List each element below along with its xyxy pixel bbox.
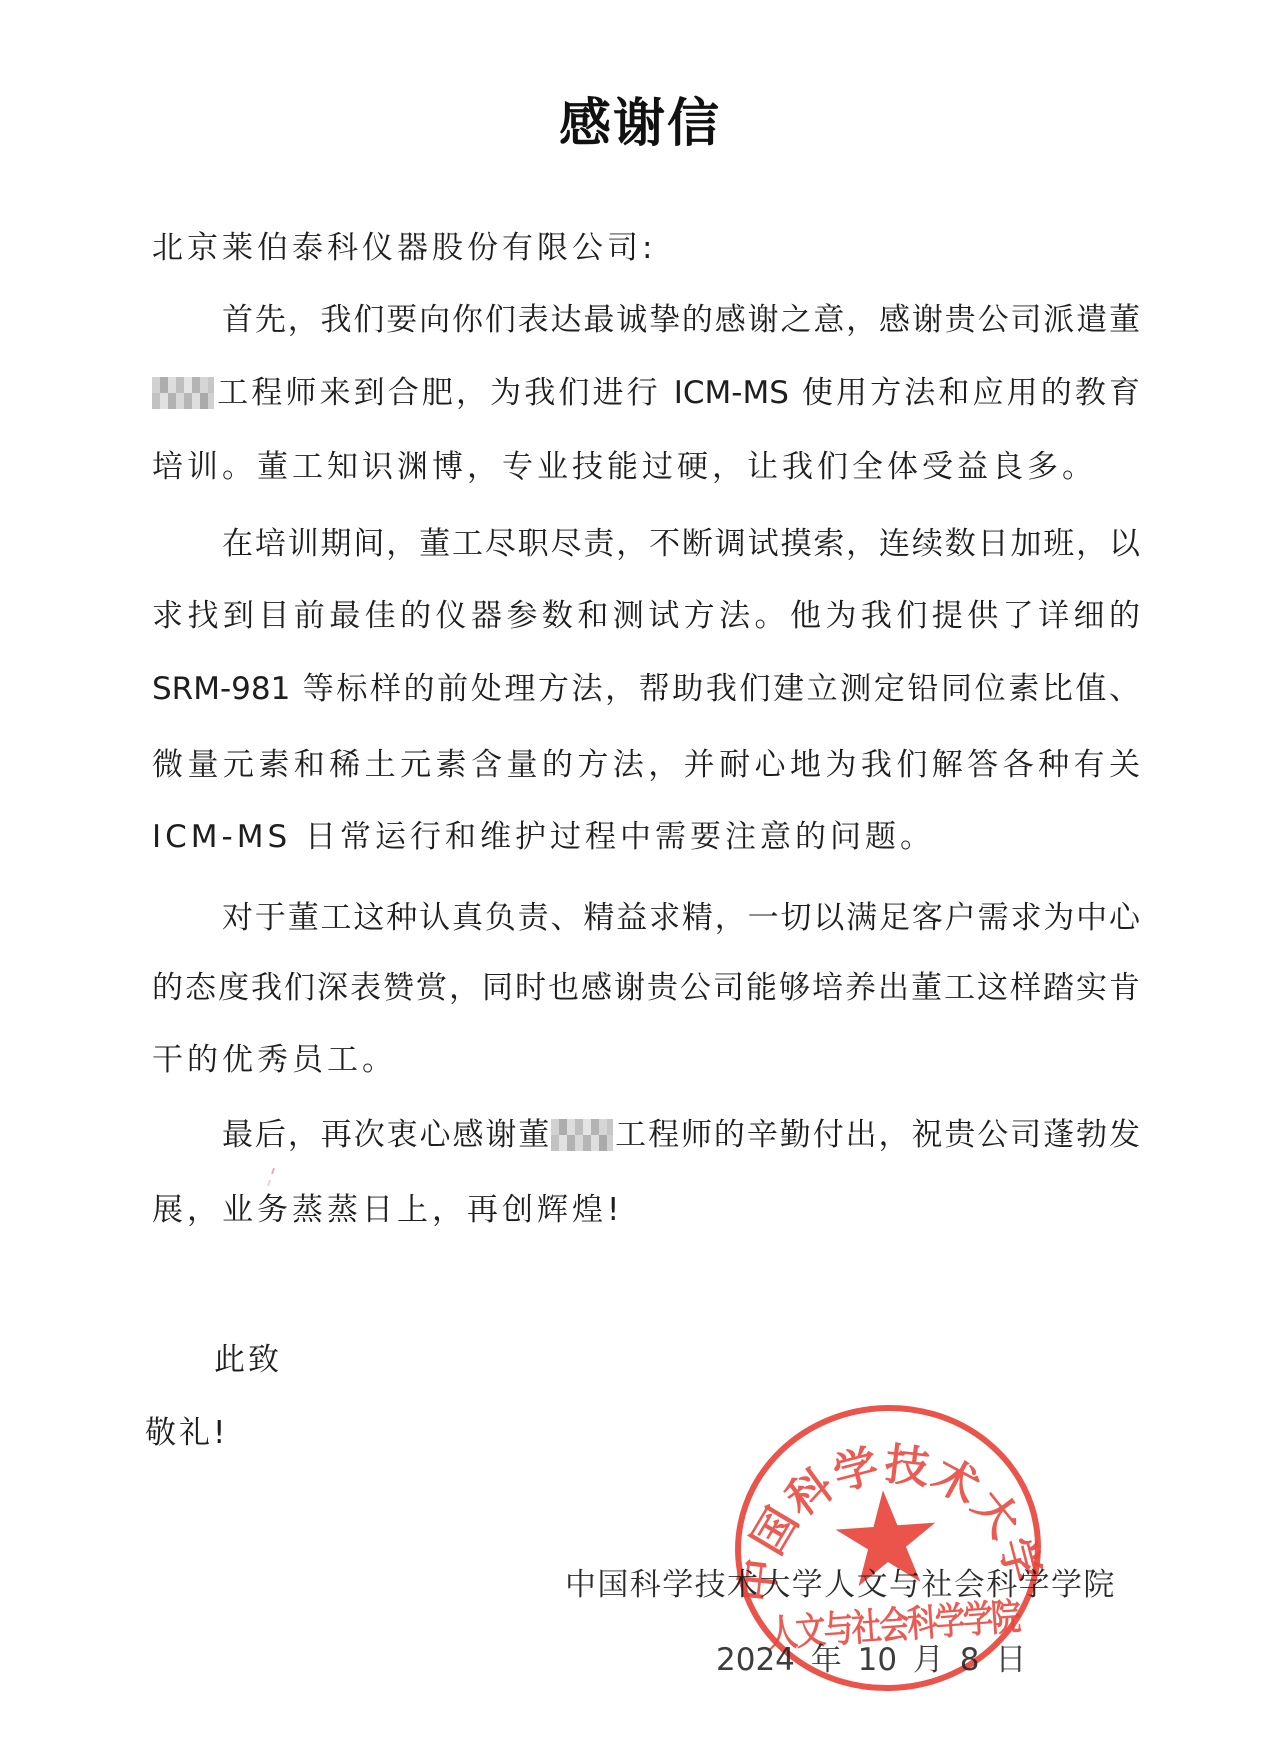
paragraph-2-line-4: 微量元素和稀土元素含量的方法，并耐心地为我们解答各种有关: [152, 745, 1140, 785]
recipient-line: 北京莱伯泰科仪器股份有限公司:: [152, 228, 1140, 268]
paragraph-2-line-2: 求找到目前最佳的仪器参数和测试方法。他为我们提供了详细的: [152, 596, 1140, 636]
scan-artifact: [267, 1180, 271, 1186]
paragraph-2-line-5: ICM-MS 日常运行和维护过程中需要注意的问题。: [152, 817, 1140, 857]
paragraph-4-line-1-text-a: 最后，再次衷心感谢董: [222, 1117, 551, 1153]
paragraph-3-line-2: 的态度我们深表赞赏，同时也感谢贵公司能够培养出董工这样踏实肯: [152, 968, 1140, 1008]
paragraph-1-line-1: 首先，我们要向你们表达最诚挚的感谢之意，感谢贵公司派遣董: [222, 300, 1140, 340]
paragraph-2-line-1: 在培训期间，董工尽职尽责，不断调试摸索，连续数日加班，以: [222, 524, 1140, 564]
redacted-name-mosaic: [152, 377, 214, 409]
paragraph-1-line-2: 工程师来到合肥，为我们进行 ICM-MS 使用方法和应用的教育: [152, 373, 1140, 413]
letter-date: 2024 年 10 月 8 日: [716, 1640, 1026, 1680]
thank-you-letter: 感谢信 北京莱伯泰科仪器股份有限公司: 首先，我们要向你们表达最诚挚的感谢之意，…: [0, 0, 1280, 1763]
signature-organization: 中国科学技术大学人文与社会科学学院: [565, 1565, 1055, 1605]
letter-title: 感谢信: [0, 94, 1280, 154]
paragraph-4-line-1-text-b: 工程师的辛勤付出，祝贵公司蓬勃发: [613, 1117, 1140, 1153]
paragraph-3-line-1: 对于董工这种认真负责、精益求精，一切以满足客户需求为中心: [222, 898, 1140, 938]
paragraph-1-line-3: 培训。董工知识渊博，专业技能过硬，让我们全体受益良多。: [152, 447, 1140, 487]
redacted-name-mosaic: [551, 1119, 613, 1151]
closing-line-1: 此致: [214, 1340, 282, 1380]
paragraph-4-line-1: 最后，再次衷心感谢董工程师的辛勤付出，祝贵公司蓬勃发: [222, 1115, 1140, 1155]
paragraph-3-line-3: 干的优秀员工。: [152, 1040, 1140, 1080]
paragraph-4-line-2: 展，业务蒸蒸日上，再创辉煌!: [152, 1190, 1140, 1230]
paragraph-2-line-3: SRM-981 等标样的前处理方法，帮助我们建立测定铅同位素比值、: [152, 669, 1140, 709]
closing-line-2: 敬礼!: [145, 1413, 228, 1453]
scan-artifact: [271, 1168, 275, 1174]
paragraph-1-line-2-text: 工程师来到合肥，为我们进行 ICM-MS 使用方法和应用的教育: [214, 375, 1140, 411]
